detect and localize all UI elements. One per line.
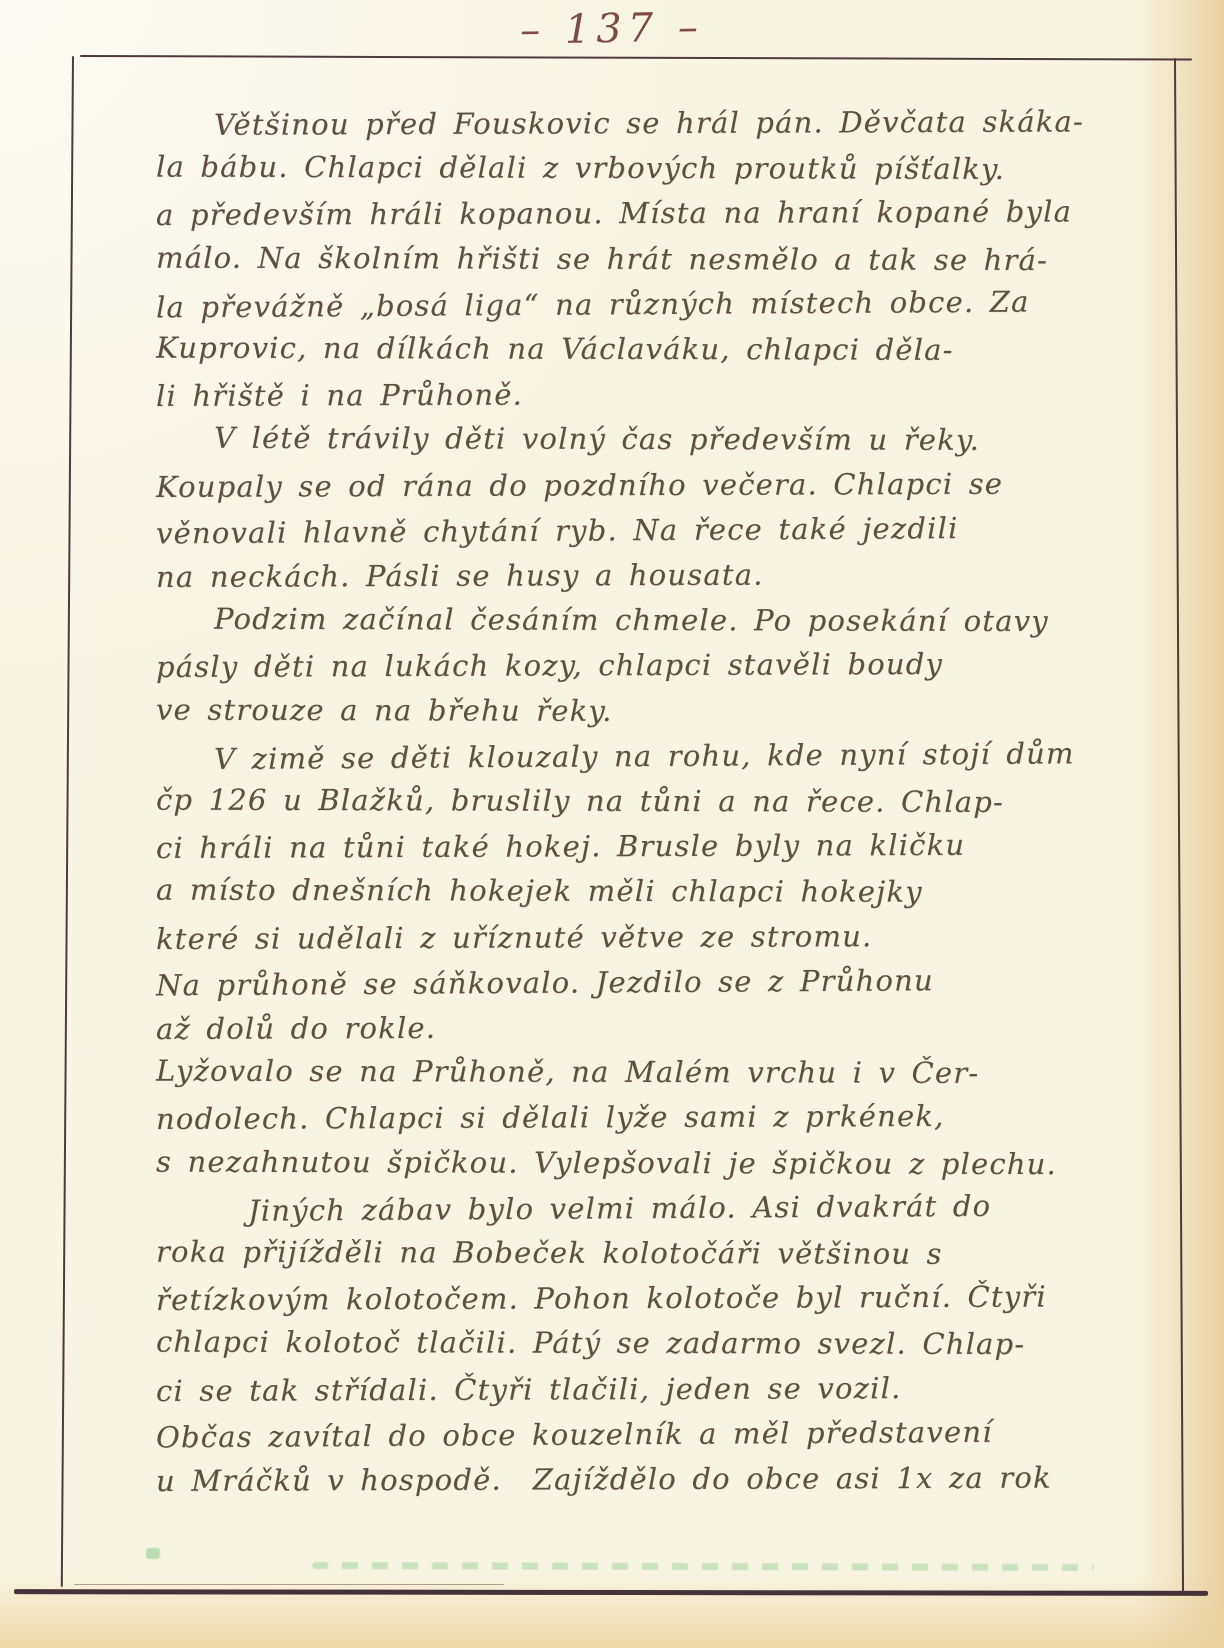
text-line: Většinou před Fouskovic se hrál pán. Děv… bbox=[156, 99, 1166, 148]
text-line: na neckách. Pásli se husy a housata. bbox=[156, 551, 1166, 600]
text-line: věnovali hlavně chytání ryb. Na řece tak… bbox=[156, 504, 1166, 556]
text-line: u Mráčků v hospodě. Zajíždělo do obce as… bbox=[156, 1455, 1166, 1504]
text-line: ci se tak střídali. Čtyři tlačili, jeden… bbox=[156, 1365, 1166, 1414]
handwritten-text-block: Většinou před Fouskovic se hrál pán. Děv… bbox=[156, 101, 1166, 1502]
text-line: la bábu. Chlapci dělali z vrbových prout… bbox=[156, 145, 1166, 193]
text-line: li hřiště i na Průhoně. bbox=[156, 370, 1166, 419]
green-marker-dot bbox=[146, 1548, 160, 1559]
frame-bottom-heavy-line bbox=[14, 1589, 1208, 1596]
frame-right-line bbox=[1174, 58, 1184, 1594]
text-line: a především hráli kopanou. Místa na hran… bbox=[156, 189, 1166, 238]
text-line: Koupaly se od rána do pozdního večera. C… bbox=[156, 461, 1166, 510]
text-line: málo. Na školním hřišti se hrát nesmělo … bbox=[156, 235, 1166, 283]
text-line: s nezahnutou špičkou. Vylepšovali je špi… bbox=[156, 1139, 1166, 1187]
text-line: chlapci kolotoč tlačili. Pátý se zadarmo… bbox=[156, 1320, 1166, 1368]
text-line: nodolech. Chlapci si dělali lyže sami z … bbox=[156, 1094, 1166, 1143]
text-line: Na průhoně se sáňkovalo. Jezdilo se z Pr… bbox=[156, 957, 1166, 1009]
text-line: Kuprovic, na dílkách na Václaváku, chlap… bbox=[156, 326, 1166, 374]
page-number: – 137 – bbox=[0, 0, 1224, 63]
text-line: pásly děti na lukách kozy, chlapci stavě… bbox=[156, 641, 1166, 690]
text-line: které si udělali z uříznuté větve ze str… bbox=[156, 913, 1166, 962]
text-line: ve strouze a na břehu řeky. bbox=[156, 687, 1166, 735]
text-line: ci hráli na tůni také hokej. Brusle byly… bbox=[156, 822, 1166, 871]
text-line: V létě trávily děti volný čas především … bbox=[156, 416, 1166, 464]
text-line: roka přijížděli na Bobeček kolotočáři vě… bbox=[156, 1230, 1166, 1278]
frame-left-line bbox=[61, 56, 74, 1587]
text-line: Jiných zábav bylo velmi málo. Asi dvakrá… bbox=[156, 1183, 1166, 1235]
text-line: Lyžovalo se na Průhoně, na Malém vrchu i… bbox=[156, 1049, 1166, 1097]
text-line: la převážně „bosá liga“ na různých míste… bbox=[156, 278, 1166, 330]
text-line: až dolů do rokle. bbox=[156, 1003, 1166, 1052]
frame-bottom-inner-line bbox=[74, 1584, 504, 1585]
text-line: Podzim začínal česáním chmele. Po poseká… bbox=[156, 597, 1166, 645]
text-line: a místo dnešních hokejek měli chlapci ho… bbox=[156, 868, 1166, 916]
scanned-page: – 137 – Většinou před Fouskovic se hrál … bbox=[0, 0, 1224, 1648]
text-line: Občas zavítal do obce kouzelník a měl př… bbox=[156, 1409, 1166, 1461]
green-marker-streak bbox=[312, 1562, 1094, 1571]
text-line: čp 126 u Blažků, bruslily na tůni a na ř… bbox=[156, 778, 1166, 826]
text-line: řetízkovým kolotočem. Pohon kolotoče byl… bbox=[156, 1274, 1166, 1323]
text-line: V zimě se děti klouzaly na rohu, kde nyn… bbox=[156, 730, 1166, 782]
